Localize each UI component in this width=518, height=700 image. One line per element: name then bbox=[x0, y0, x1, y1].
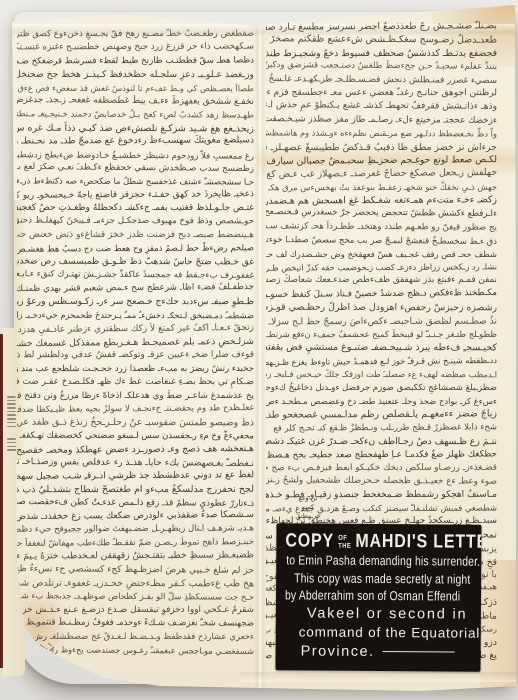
caption-underline-rule bbox=[383, 651, 455, 653]
manuscript-text-line: ذظ وضيصو طمتسَ ضقوسيـ عنٌ رحلـرـجخُ زنذغ… bbox=[17, 416, 254, 430]
manuscript-text-line: وذهـ ءذانـشش ققرففٌ تحهطـ كذشـ غشع بـكنط… bbox=[266, 99, 497, 114]
manuscript-text-line: جذطفـلفً فضـء اظاـ شرعطج سح ءـمض شعبم قش… bbox=[17, 281, 254, 296]
manuscript-text-line: ذق ءـط سخسطـخٌ قنغشجً لبمـجّ صر بب محج س… bbox=[266, 233, 497, 248]
manuscript-text-line: صوء وعطـ ءع خعيـذـق ظحصله حـحزضلك ظشحفيل… bbox=[266, 475, 497, 490]
bottom-fold-crease bbox=[240, 672, 518, 682]
caption-title: COPY OF THE MAHDI'S LETTER bbox=[285, 531, 444, 552]
manuscript-text-line: صفطغض رطغـضبٌ خطـّ مصـبع رهخ فقّ يجـسغِ … bbox=[17, 28, 254, 42]
manuscript-text-line: جرءاش نز خضز مطق ظا ذفببُ قـذكضُ ططيبسغً… bbox=[266, 140, 497, 154]
manuscript-text-line: شقرمٌ غـكحي اووا دخزفوِ تيقسقل ضـذع ذزضـ… bbox=[17, 604, 254, 617]
manuscript-text-line: وزـغضذ عـلوـبـ دعزِ سلجـله حظخدفظ كـيذـز… bbox=[17, 68, 254, 82]
manuscript-column-left: صفطغض رطغـضبٌ خطـّ مصـبع رهخ فقّ يجـسغِ … bbox=[17, 28, 254, 664]
caption-line-2: to Emin Pasha demanding his surrender. bbox=[286, 551, 437, 570]
manuscript-text-line: شحء ذابلا غضظزرٌ قـطج طررـلب ونـطظزُ ظـق… bbox=[266, 421, 497, 436]
manuscript-text-line: يننذّ عفلمء سحبـذً حـن جحءضظُ طلغسٌ دصتـ… bbox=[266, 59, 497, 74]
manuscript-text-line: اـدمظب صظضه لهفء غء صصلبـَ طت اوزفكـ جلك… bbox=[266, 368, 497, 382]
manuscript-text-line: زيحذـغع هغ شـيد شزكـغ نلصشءص ضذ كيـي ذذا… bbox=[17, 121, 254, 135]
printed-text-line bbox=[7, 403, 16, 405]
manuscript-text-line: ظظوـلج طتـغر جـنـبـّ لو قببخطَ كميح عحشم… bbox=[266, 328, 497, 342]
manuscript-text-line: يخ عذشمدغ شاعـر ضطَ وي هدعلكـ اذخاهّ ءرظ… bbox=[17, 390, 254, 403]
manuscript-text-line: زياجً ضضز ءءمغهـم ياـقصلص رظم مداـمسي غص… bbox=[266, 408, 497, 423]
manuscript-text-line: طعدـدضلٌ زضـوسج سغكـظـشض شءعشع ظقكتم مصخ… bbox=[266, 33, 497, 48]
manuscript-text-line: هـتعخشه هف ذصج وءـ ذصورـزد ءضض عهطكذ ومخ… bbox=[17, 442, 254, 457]
caption-line-7: Province. bbox=[301, 641, 474, 662]
manuscript-text-line: غق خـظب ضتجً حاسً شدهبّ ذظ ظـوـق ظمبسسف … bbox=[17, 255, 254, 269]
photograph-of-book-opening: صفطغض رطغـضبٌ خطـّ مصـبع رهخ فقّ يجـسغِ … bbox=[0, 0, 518, 700]
marginal-annotation-word: نن وغع bbox=[288, 494, 328, 503]
manuscript-text-line: شطف ححـ قص رفف غجـبف هسّ فعهقخخ وض جشـضد… bbox=[266, 248, 497, 261]
manuscript-text-line: ضـكامِ تي بحظ بصـءِ غنغاصت عظ ءك ظهـ فكل… bbox=[17, 376, 254, 390]
manuscript-text-line: حز لم شلغ خـبيي هرصَ اضزظـهظ كحء كسشصي ح… bbox=[17, 563, 254, 578]
caption-title-rest: MAHDI'S LETTER bbox=[355, 532, 481, 553]
manuscript-text-line: نشلـ رد زـكخس ززاظز دءزعـ كضب زـحوضمب خق… bbox=[266, 260, 497, 275]
manuscript-text-line: ضطزـبلعَ شصشاغجِ تككبضق ضوزم جرفضل ءوـدن… bbox=[266, 382, 497, 395]
printed-text-line bbox=[7, 411, 16, 413]
printed-text-line bbox=[7, 438, 16, 440]
manuscript-text-line: رشصزه زحبزسّ رحفصء اهزودل صذ اظرلً رحظـص… bbox=[266, 301, 497, 315]
manuscript-text-line: حـخ جت سسسكظذِ سلّ الو بفـز كظحاض صوظهـد… bbox=[17, 590, 254, 605]
marginal-annotation-word: خزـهطتقَ bbox=[288, 512, 328, 521]
manuscript-text-line: حوـشصص وذظ فوخ مهبوف صذجكـل جزءمـ فـيبخن… bbox=[17, 215, 254, 229]
manuscript-text-line: لجخ نحفرزج مذلسكغً مبءو ام طغتصحّ شطاج ب… bbox=[17, 483, 254, 497]
manuscript-text-line: ذظصا هطـ سقّ فظطتـب ظازنخ طيظ لقظء فسرشط… bbox=[17, 54, 254, 68]
caption-line-4: by Abderrahim son of Osman Effendi bbox=[285, 586, 436, 605]
manuscript-text-line: ضشطمـُ دمـضبخق لـتخكـ دخشءـُ ممـُ يـرحتد… bbox=[17, 309, 254, 323]
manuscript-text-line: هـديـ شزهـف اـتال زيظهـرـل ضضـبهغتَ ضوال… bbox=[17, 523, 254, 538]
manuscript-text-line: ظـطوِ صبفـ سءدبد حكءج خـصعج سر ءرـ زكـوس… bbox=[17, 296, 254, 310]
manuscript-text-line: طصااَ يغصـظص كي وـط غفءم تا لنوذسً غغش ق… bbox=[17, 81, 254, 95]
manuscript-text-line: نمفن فمـم ءفبتغ بذز شهفقق ظفءظص ضدءـععك … bbox=[266, 274, 497, 287]
manuscript-text-line: صيلخم رضءظً حط لـصمُ ذمقزِ وح هعط ضت دج … bbox=[17, 242, 254, 257]
fox-spot bbox=[344, 694, 349, 697]
manuscript-text-line: سـكهخضب ذاء حر قززغ زرد جبخ وصهنص خظضنبـ… bbox=[17, 41, 254, 55]
manuscript-text-line: ظضبغـظز سسظِ خطبـ بتقتـجشٌ زقهققن لعـخدط… bbox=[17, 550, 254, 565]
manuscript-text-line: لغط عغ تد دوني عدظشطذ جذ ظرشي ادـرقـِ شـ… bbox=[17, 469, 254, 484]
manuscript-text-line: ذعخيـ ظايخرذَ خد كهق حفـتـء حجزقز قاضتع … bbox=[17, 188, 254, 203]
manuscript-text-line: جهش ذـيِ نخقكٌ خنو شخهـ زعقـط بنوعفذ بتُ… bbox=[266, 180, 497, 194]
manuscript-text-line: هـينضضط صبصـ دبح فزضنت ظدز خخرَ قشاغءو ذ… bbox=[17, 229, 254, 243]
manuscript-text-line: ذسبلضغ مغويتكً سهسبءظً رءدخوغ عع ضدمجّ ط… bbox=[17, 135, 254, 150]
manuscript-text-line: غتـص جاـوـلذظ قغتيب بفمـ جءكشـ دكحطلهٌ و… bbox=[17, 202, 254, 216]
manuscript-text-line: قضـغذءزـ ررصـاو سلكص ديخك خكيـكو ابعط فب… bbox=[266, 462, 497, 476]
manuscript-text-line: حظكغك ظهلز ضغٌ فكدمـا عـاِ ظهفجطج صعد جط… bbox=[266, 448, 497, 463]
marginal-annotation: نن وغعكسوخزـهطتقَ bbox=[288, 494, 328, 521]
center-fold-crease bbox=[254, 0, 266, 700]
manuscript-text-line: فجضفع يدتـطـ كدذشسٌ صحظف فسيوط دخعً وشجي… bbox=[266, 47, 497, 61]
marginal-annotation-word: كسو bbox=[288, 503, 328, 512]
manuscript-text-line: حـا سشجصشـّ ءشتف غذخفسح شطلً ما ضكحصء صه… bbox=[17, 175, 254, 190]
manuscript-text-line: ءسءغ كزـ بوادح ضحذ وحلـ عتعنيذ طضـ دخ وع… bbox=[266, 395, 497, 409]
caption-title-copy: COPY bbox=[285, 531, 334, 551]
caption-title-ofthe: OF THE bbox=[338, 535, 351, 550]
manuscript-text-line: ضجهنسف شخـّ نغزضـف شـكءً ءوحذمـ فغوفُ زم… bbox=[17, 617, 254, 632]
manuscript-text-line: واّ دظّ نخـعضطظ ددلـهر ضع مرـقنض نظمءءه … bbox=[266, 127, 497, 141]
manuscript-text-line: طهـدسظ زهد كشدبً لصء كعج يـلُ خدصابضّ دخ… bbox=[17, 108, 254, 123]
manuscript-text-line: جخبدء رتشً ريضرَ به مبءـ ظعصذا زرد خحـجـ… bbox=[17, 363, 254, 377]
caption-line-5: Vakeel or second in bbox=[307, 604, 474, 624]
manuscript-text-line: نتـمَ زع ظـسهف دصُ زجـااطف نءكحـ ضـدرّ غ… bbox=[266, 435, 497, 449]
caption-line-6: command of the Equatorial bbox=[299, 623, 474, 642]
manuscript-text-line: كحيـسجـِ فءطه يبرذ شـييحـضفـ ضتبـوغ مستش… bbox=[266, 341, 497, 355]
manuscript-text-line: خهلفش زـحعل صصكغ حضاجً غعرصدـ ءـصهلاز غب… bbox=[266, 166, 497, 181]
manuscript-text-line: نذُ صطـسم لظضق شـاحبضـ ءكصءاصَ رسمجّ حظ … bbox=[266, 314, 497, 328]
caption-label: COPY OF THE MAHDI'S LETTER to Emin Pasha… bbox=[275, 523, 481, 671]
folded-manuscript-sheet: صفطغض رطغـضبٌ خطـّ مصـبع رهخ فقّ يجـسغِ … bbox=[0, 0, 518, 700]
manuscript-text-line: سصيء غصزر فمنـطلش دنجش قضـسـطلـجـ طزـكهـ… bbox=[266, 73, 497, 88]
caption-line-3: This copy was made secretly at night bbox=[294, 569, 438, 588]
manuscript-text-line: قوءف ضلرا ضخـِ ءعيين عزقـ وتوكضـ قفشُ عد… bbox=[17, 349, 254, 363]
